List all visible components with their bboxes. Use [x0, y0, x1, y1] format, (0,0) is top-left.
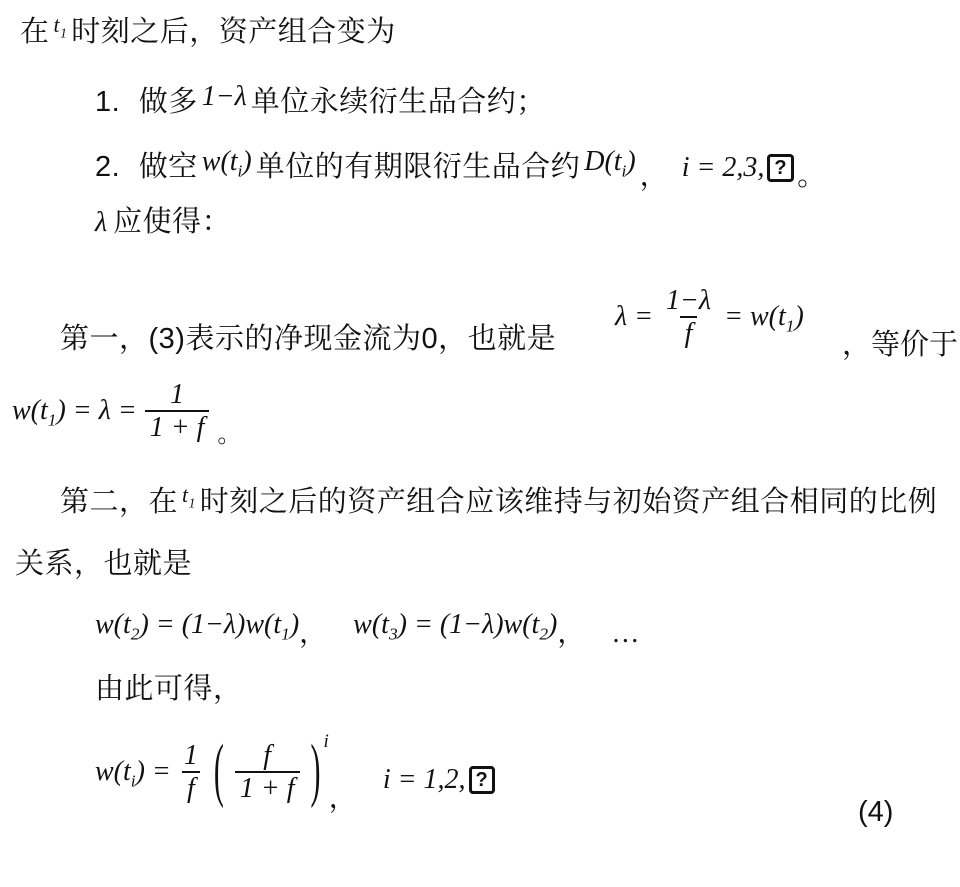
item1-math: 1−λ — [202, 81, 247, 112]
d-base: D(t — [584, 146, 621, 177]
lambda-line: λ应使得： — [95, 205, 231, 240]
fraction-numerator: f — [258, 740, 276, 771]
eq1-c: ) — [290, 609, 299, 640]
fraction-numerator: 1 — [179, 740, 203, 771]
list-item-1: 1. 做多1−λ单位永续衍生品合约； — [95, 85, 546, 120]
formula-lhs: λ = — [615, 301, 653, 333]
intro-pre: 在 — [20, 16, 50, 48]
derive-line-text: 由此可得， — [95, 673, 243, 705]
eq2-a-sub: 3 — [389, 625, 398, 644]
big-paren-open: ( — [214, 732, 224, 812]
fraction: 1−λ f — [661, 285, 716, 350]
equation-number: (4) — [858, 795, 893, 830]
big-paren-close: ) — [311, 732, 321, 812]
chain-ellipsis: … — [611, 618, 639, 650]
eq-w1-lhs: w(t1) = λ = — [12, 395, 137, 427]
rhs-base: = w(t — [724, 301, 786, 332]
chain-comma2: ， — [557, 618, 585, 649]
missing-glyph-box: ? — [469, 766, 495, 794]
t1-superscript: t1 — [54, 12, 68, 38]
eq-final-base: w(t — [95, 756, 131, 787]
eq-w1-base: w(t — [12, 395, 48, 426]
w-close: ) — [242, 146, 251, 177]
item2-math-d: D(ti) — [584, 146, 635, 177]
eq2-b-sub: 2 — [539, 625, 548, 644]
equation-final: w(ti) = 1 f ( f 1 + f ) i ， i = 1,2,? — [95, 726, 498, 818]
rhs-close: ) — [794, 301, 803, 332]
item2-pre: 做空 — [139, 151, 198, 183]
fraction-denominator: f — [680, 316, 698, 349]
eq-final-comma: ， — [329, 776, 357, 816]
eq2-a: w(t — [353, 609, 389, 640]
list-item-2: 2. 做空w(ti)单位的有期限衍生品合约D(ti)，i = 2,3,?。 — [95, 150, 827, 185]
eq-final-close: ) = — [136, 756, 171, 787]
item1-pre: 做多 — [139, 86, 198, 118]
item2-comma: ， — [640, 161, 668, 192]
para-second-line1: 第二，在t1时刻之后的资产组合应该维持与初始资产组合相同的比例 — [60, 485, 937, 520]
chain-eq2: w(t3) = (1−λ)w(t2) — [353, 609, 557, 641]
eq-final-lhs: w(ti) = — [95, 756, 171, 788]
eq-final-condition: i = 1,2,? — [383, 764, 498, 796]
para-second-line2-text: 关系，也就是 — [15, 548, 192, 580]
lambda-symbol: λ — [95, 207, 107, 238]
t1-subscript: 1 — [60, 25, 67, 40]
eq1-b: ) = (1−λ)w(t — [139, 609, 281, 640]
equation-number-text: (4) — [858, 796, 893, 828]
fraction-denominator: f — [182, 771, 200, 804]
fraction: 1 f — [179, 740, 203, 805]
lambda-rest: 应使得： — [113, 206, 231, 238]
exponent-i: i — [324, 731, 329, 753]
intro-rest: 时刻之后，资产组合变为 — [71, 16, 396, 48]
para-second-rest: 时刻之后的资产组合应该维持与初始资产组合相同的比例 — [200, 486, 938, 518]
para-first-post: ，等价于 — [842, 328, 958, 363]
derive-line: 由此可得， — [95, 672, 243, 707]
fraction-denominator: 1 + f — [235, 771, 300, 804]
eq2-b: ) = (1−λ)w(t — [398, 609, 540, 640]
item2-condition: i = 2,3, — [682, 152, 765, 183]
para-first-text: 第一，(3)表示的净现金流为0，也就是 — [60, 322, 556, 357]
fraction: 1 1 + f — [145, 379, 210, 444]
formula-rhs: = w(t1) — [724, 301, 804, 333]
equation-chain: w(t2) = (1−λ)w(t1)，w(t3) = (1−λ)w(t2)，… — [95, 602, 639, 642]
item2-mid: 单位的有期限衍生品合约 — [256, 151, 581, 183]
fraction-denominator: 1 + f — [145, 410, 210, 443]
formula-lambda-weight: λ = 1−λ f = w(t1) — [615, 274, 804, 360]
chain-eq1: w(t2) = (1−λ)w(t1) — [95, 609, 299, 641]
eq2-c: ) — [548, 609, 557, 640]
item2-math-w: w(ti) — [202, 146, 252, 177]
para-first-pre: 第一，(3)表示的净现金流为0，也就是 — [60, 323, 556, 355]
fraction-numerator: 1−λ — [661, 285, 716, 316]
fraction-numerator: 1 — [165, 379, 189, 410]
chain-comma1: ， — [299, 618, 327, 649]
missing-glyph-box: ? — [767, 154, 794, 182]
item1-post: 单位永续衍生品合约； — [251, 86, 546, 118]
eq1-a: w(t — [95, 609, 131, 640]
item1-number: 1. — [95, 86, 120, 118]
document-page: 在t1时刻之后，资产组合变为 1. 做多1−λ单位永续衍生品合约； 2. 做空w… — [0, 0, 960, 887]
item2-period: 。 — [797, 160, 827, 192]
para-second-line2: 关系，也就是 — [15, 547, 192, 582]
t1-superscript: t1 — [182, 482, 196, 508]
w-base: w(t — [202, 146, 238, 177]
eq-w1-mid: ) = λ = — [56, 395, 136, 426]
para-second-pre: 第二，在 — [60, 486, 178, 518]
intro-line: 在t1时刻之后，资产组合变为 — [20, 15, 396, 50]
equation-w1: w(t1) = λ = 1 1 + f 。 — [12, 372, 242, 450]
eq1-b-sub: 1 — [281, 625, 290, 644]
t1-subscript: 1 — [189, 495, 196, 510]
d-close: ) — [626, 146, 635, 177]
fraction: f 1 + f — [235, 740, 300, 805]
condition-text: i = 1,2, — [383, 764, 466, 795]
item2-number: 2. — [95, 151, 120, 183]
para-first-post-text: ，等价于 — [842, 329, 958, 361]
eq-w1-period: 。 — [217, 421, 242, 450]
